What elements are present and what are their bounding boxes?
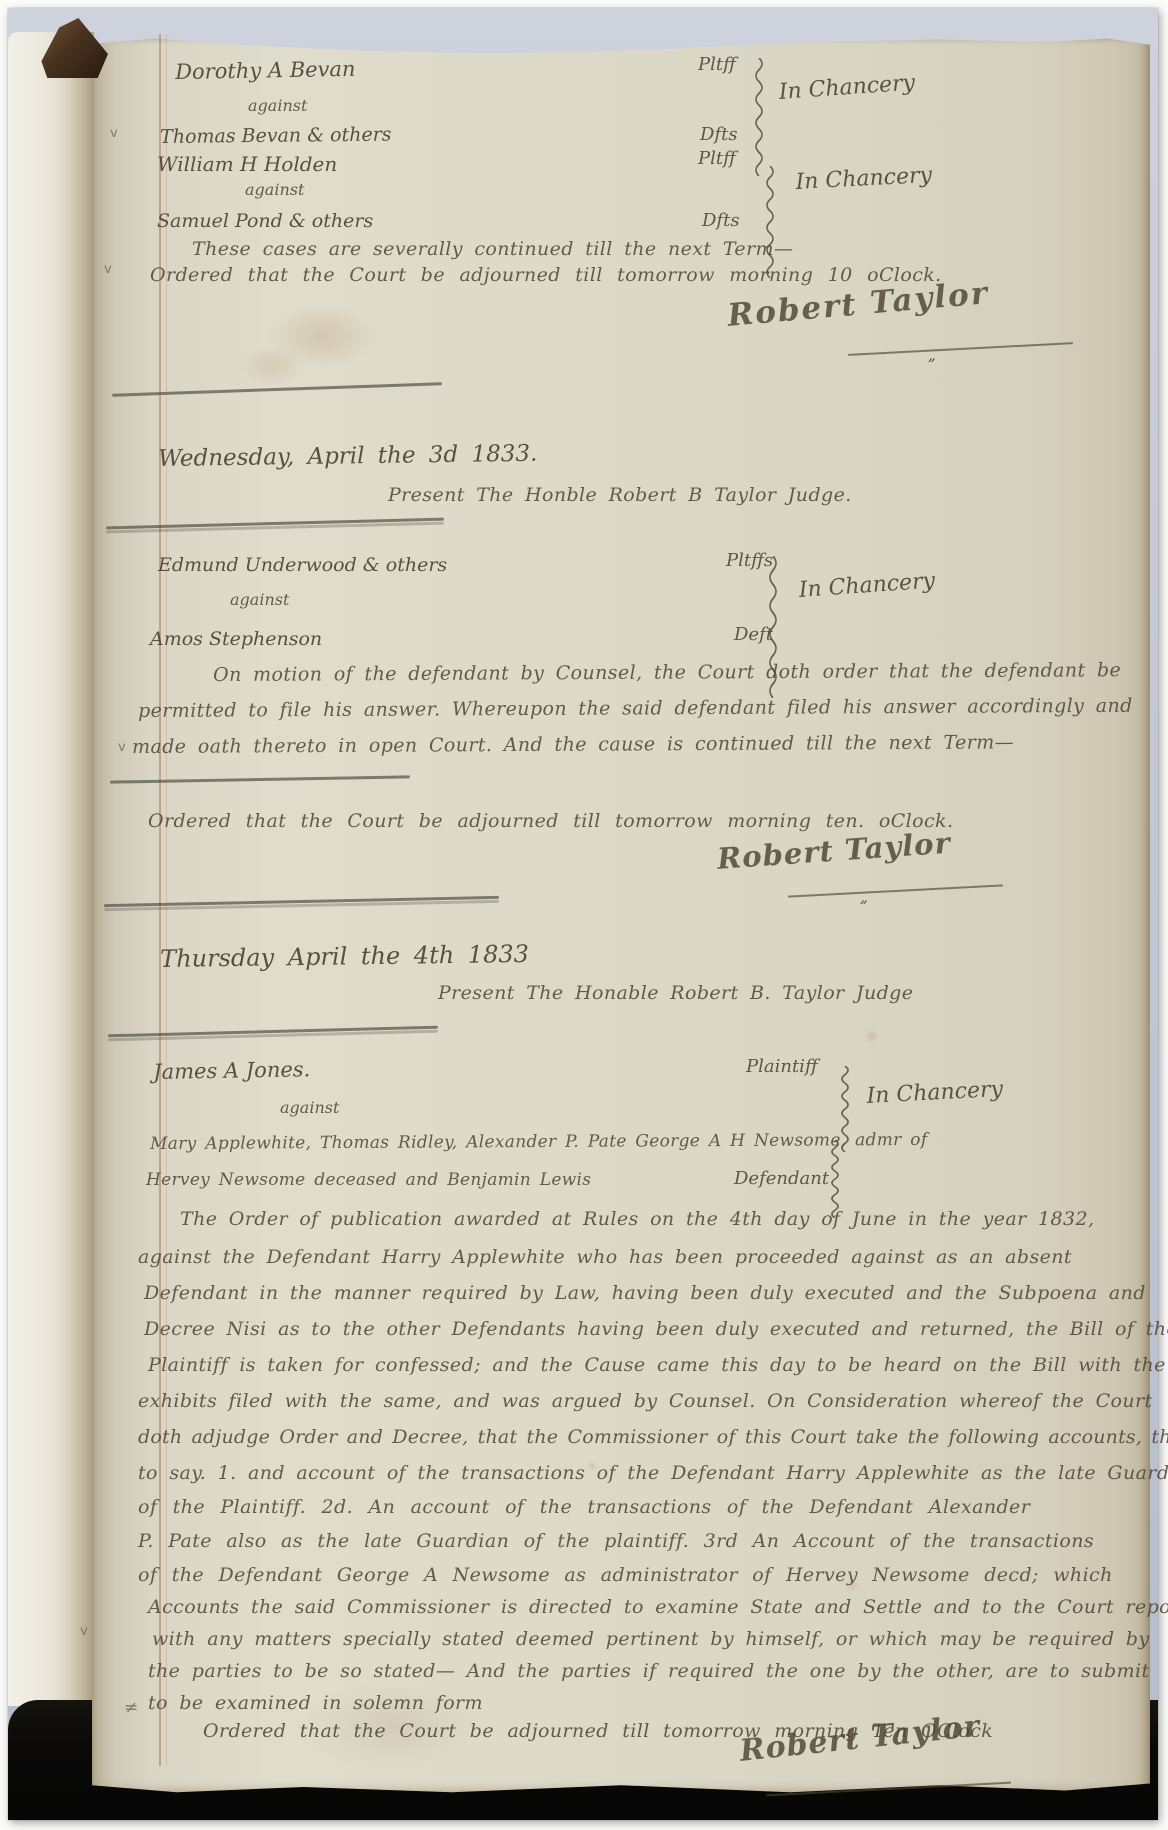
- underwood-defendant-name: Amos Stephenson: [150, 628, 322, 650]
- jones-decree-line: to say. 1. and account of the transactio…: [138, 1462, 1168, 1484]
- signature-underline: [788, 884, 1003, 897]
- jones-decree-line: Decree Nisi as to the other Defendants h…: [144, 1318, 1168, 1340]
- jones-plaintiff-label: Plaintiff: [746, 1056, 818, 1077]
- jones-decree-line: doth adjudge Order and Decree, that the …: [138, 1426, 1168, 1448]
- jones-decree-line: of the Plaintiff. 2d. An account of the …: [138, 1496, 1030, 1518]
- jones-plaintiff-name: James A Jones.: [153, 1057, 310, 1084]
- adjournment-order-day1: Ordered that the Court be adjourned till…: [150, 264, 942, 286]
- holden-versus-label: against: [245, 180, 304, 199]
- jones-defendants-line: Mary Applewhite, Thomas Ridley, Alexande…: [150, 1130, 927, 1154]
- wednesday-present-line: Present The Honble Robert B Taylor Judge…: [388, 484, 852, 506]
- photographed-court-record-page: v v v v ≠ Dorothy A Bevan Pltff In Chanc…: [0, 0, 1168, 1830]
- holden-plaintiff-label: Pltff: [698, 148, 736, 169]
- holden-plaintiff-name: William H Holden: [157, 152, 337, 176]
- underwood-order-line: On motion of the defendant by Counsel, t…: [213, 659, 1121, 686]
- bevan-defendants-name: Thomas Bevan & others: [160, 124, 392, 148]
- section-separator-line: [106, 518, 444, 529]
- adjournment-order-day2: Ordered that the Court be adjourned till…: [148, 810, 953, 832]
- jones-decree-line: to be examined in solemn form: [148, 1692, 483, 1714]
- bevan-plaintiff-name: Dorothy A Bevan: [175, 57, 356, 84]
- bevan-chancery-label: In Chancery: [778, 70, 916, 104]
- thursday-date-heading: Thursday April the 4th 1833: [160, 940, 529, 973]
- underwood-plaintiffs-name: Edmund Underwood & others: [158, 554, 447, 576]
- underwood-defendant-label: Deft: [734, 624, 773, 645]
- jones-decree-line: of the Defendant George A Newsome as adm…: [138, 1564, 1113, 1586]
- section-separator-line: [104, 896, 499, 907]
- bevan-plaintiff-label: Pltff: [698, 54, 736, 75]
- underwood-order-line: made oath thereto in open Court. And the…: [132, 731, 1014, 758]
- section-separator-line: [110, 775, 410, 783]
- jones-decree-line: P. Pate also as the late Guardian of the…: [138, 1530, 1094, 1552]
- margin-tick: v: [110, 126, 118, 141]
- thursday-present-line: Present The Honable Robert B. Taylor Jud…: [438, 982, 913, 1004]
- chancery-brace-icon: [763, 166, 777, 278]
- joint-continuance-note: These cases are severally continued till…: [192, 238, 793, 260]
- underwood-order-line: permitted to file his answer. Whereupon …: [138, 695, 1133, 722]
- jones-decree-line: Accounts the said Commissioner is direct…: [148, 1596, 1168, 1618]
- jones-defendants-label: Defendant: [734, 1168, 829, 1189]
- holden-defendants-label: Dfts: [702, 210, 740, 231]
- jones-chancery-label: In Chancery: [866, 1077, 1004, 1109]
- jones-decree-line: The Order of publication awarded at Rule…: [180, 1208, 1094, 1230]
- jones-decree-line: the parties to be so stated— And the par…: [148, 1660, 1150, 1682]
- chancery-brace-icon: [752, 58, 766, 176]
- section-separator-line: [112, 382, 442, 396]
- margin-tick: v: [80, 1624, 88, 1639]
- signature-flourish-mark: „: [860, 888, 868, 906]
- jones-decree-line: exhibits filed with the same, and was ar…: [138, 1390, 1153, 1412]
- judge-signature-day3: Robert Taylor: [738, 1709, 982, 1769]
- signature-underline: [848, 342, 1073, 356]
- signature-flourish-mark: „: [928, 346, 936, 364]
- jones-decree-line: Plaintiff is taken for confessed; and th…: [148, 1354, 1166, 1376]
- handwritten-content-layer: v v v v ≠ Dorothy A Bevan Pltff In Chanc…: [0, 0, 1168, 1830]
- section-separator-line: [108, 1026, 438, 1037]
- bevan-defendants-label: Dfts: [700, 124, 738, 145]
- underwood-chancery-label: In Chancery: [798, 568, 936, 602]
- wednesday-date-heading: Wednesday, April the 3d 1833.: [158, 441, 537, 472]
- jones-versus-label: against: [280, 1098, 339, 1117]
- chancery-brace-icon: [828, 1140, 842, 1218]
- margin-double-strike: ≠: [124, 1698, 138, 1718]
- margin-tick: v: [104, 262, 112, 277]
- holden-defendants-name: Samuel Pond & others: [157, 210, 373, 232]
- signature-underline: [766, 1782, 1011, 1797]
- underwood-versus-label: against: [230, 590, 289, 609]
- margin-tick: v: [118, 740, 126, 755]
- jones-defendants-line: Hervey Newsome deceased and Benjamin Lew…: [146, 1170, 591, 1190]
- jones-decree-line: Defendant in the manner required by Law,…: [144, 1282, 1146, 1304]
- jones-decree-line: with any matters specially stated deemed…: [152, 1628, 1150, 1650]
- jones-decree-line: against the Defendant Harry Applewhite w…: [138, 1246, 1072, 1268]
- judge-signature-day2: Robert Taylor: [716, 826, 952, 876]
- holden-chancery-label: In Chancery: [795, 163, 933, 195]
- bevan-versus-label: against: [248, 96, 307, 115]
